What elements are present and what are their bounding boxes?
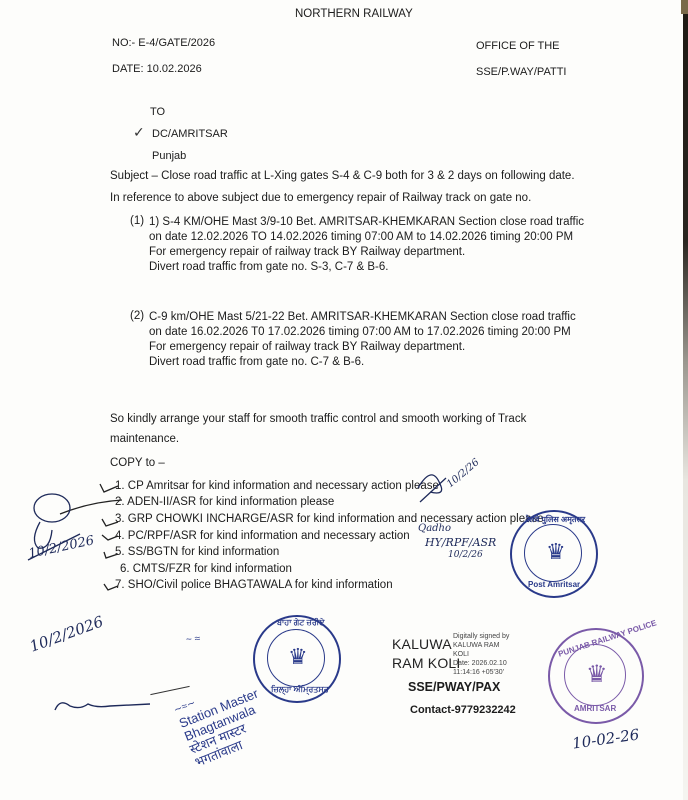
signer-designation: SSE/PWAY/PAX xyxy=(408,680,500,694)
digital-signature-details: Digitally signed by KALUWA RAM KOLI Date… xyxy=(453,632,509,677)
subject-line: Subject – Close road traffic at L-Xing g… xyxy=(110,170,575,182)
item-1-line: For emergency repair of railway track BY… xyxy=(149,245,584,260)
closing-line1: So kindly arrange your staff for smooth … xyxy=(110,413,526,425)
item-2-line: on date 16.02.2026 T0 17.02.2026 timing … xyxy=(149,325,576,340)
item-2: C-9 km/OHE Mast 5/21-22 Bet. AMRITSAR-KH… xyxy=(149,310,576,370)
item-2-line: For emergency repair of railway track BY… xyxy=(149,340,576,355)
ds-detail: Digitally signed by xyxy=(453,632,509,641)
emblem-icon: ♛ xyxy=(546,539,566,565)
ds-detail: 11:14:16 +05'30' xyxy=(453,668,509,677)
to-label: TO xyxy=(150,106,165,118)
signer-name-line1: KALUWA xyxy=(392,636,452,652)
handwritten-rpf-initials: Qadho xyxy=(418,523,451,534)
post-amritsar-stamp: रेलवे पुलिस अमृतसर ♛ Post Amritsar xyxy=(510,510,598,598)
stamp-top-text: रेलवे पुलिस अमृतसर xyxy=(526,514,585,525)
item-2-line: C-9 km/OHE Mast 5/21-22 Bet. AMRITSAR-KH… xyxy=(149,310,576,325)
item-1-line: Divert road traffic from gate no. S-3, C… xyxy=(149,260,584,275)
tick-mark-icon: ✓ xyxy=(133,124,145,141)
gate-stamp-scribble: ~ ≈ xyxy=(186,633,201,645)
stamp-bottom-text: ਜ਼ਿਲ੍ਹਾ ਅੰਮ੍ਰਿਤਸਰ xyxy=(271,685,329,695)
office-line1: OFFICE OF THE xyxy=(476,40,560,52)
ds-detail: KALUWA RAM xyxy=(453,641,509,650)
item-1-line: on date 12.02.2026 TO 14.02.2026 timing … xyxy=(149,230,584,245)
item-2-number: (2) xyxy=(130,310,144,322)
letter-date: DATE: 10.02.2026 xyxy=(112,63,202,75)
recipient-state: Punjab xyxy=(152,150,186,162)
copy-to-label: COPY to – xyxy=(110,457,165,469)
item-1: 1) S-4 KM/OHE Mast 3/9-10 Bet. AMRITSAR-… xyxy=(149,215,584,275)
handwritten-rpf-date: 10/2/26 xyxy=(448,550,483,560)
organization-title: NORTHERN RAILWAY xyxy=(295,8,413,20)
reference-text: In reference to above subject due to eme… xyxy=(110,192,531,204)
emblem-icon: ♛ xyxy=(288,644,308,670)
handwritten-rpf-note: HY/RPF/ASR xyxy=(425,536,496,549)
emblem-icon: ♛ xyxy=(586,660,608,689)
item-1-number: (1) xyxy=(130,215,144,227)
ds-detail: KOLI xyxy=(453,650,509,659)
reference-number: NO:- E-4/GATE/2026 xyxy=(112,37,215,49)
item-2-line: Divert road traffic from gate no. C-7 & … xyxy=(149,355,576,370)
ds-detail: Date: 2026.02.10 xyxy=(453,659,509,668)
item-1-line: 1) S-4 KM/OHE Mast 3/9-10 Bet. AMRITSAR-… xyxy=(149,215,584,230)
signer-contact: Contact-9779232242 xyxy=(410,704,516,716)
page-edge-tab xyxy=(681,0,688,14)
punjab-railway-police-stamp: PUNJAB RAILWAY POLICE ♛ AMRITSAR xyxy=(548,628,644,724)
stamp-top-text: ਬਾਹਾ ਗੇਟ ਜ਼ਰੀਏ xyxy=(277,618,325,628)
recipient: DC/AMRITSAR xyxy=(152,128,228,140)
stamp-bottom-text: Post Amritsar xyxy=(528,580,580,589)
signer-name-line2: RAM KOLI xyxy=(392,655,461,671)
office-line2: SSE/P.WAY/PATTI xyxy=(476,66,566,78)
stamp-bottom-text: AMRITSAR xyxy=(574,704,616,713)
closing-line2: maintenance. xyxy=(110,433,179,445)
gate-stamp: ਬਾਹਾ ਗੇਟ ਜ਼ਰੀਏ ♛ ਜ਼ਿਲ੍ਹਾ ਅੰਮ੍ਰਿਤਸਰ xyxy=(253,615,341,703)
railway-letter: NORTHERN RAILWAY NO:- E-4/GATE/2026 OFFI… xyxy=(0,0,688,800)
